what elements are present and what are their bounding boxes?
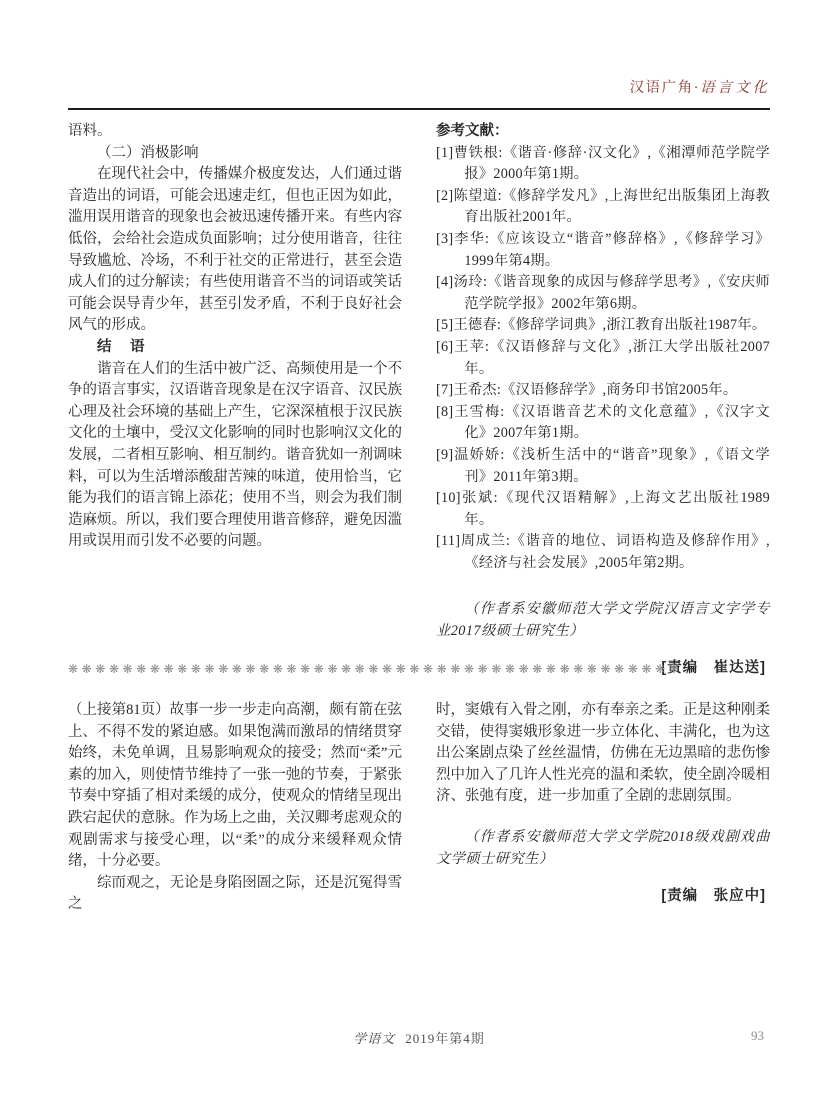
- header-rule: [68, 108, 770, 110]
- paragraph-negative-effects: 在现代社会中，传播媒介极度发达，人们通过谐音造出的词语，可能会迅速走红，但也正因…: [68, 164, 402, 337]
- paragraph-conclusion: 谐音在人们的生活中被广泛、高频使用是一个不争的语言事实，汉语谐音现象是在汉字语音…: [68, 359, 402, 553]
- ornamental-divider: ❋❋❋❋❋❋❋❋❋❋❋❋❋❋❋❋❋❋❋❋❋❋❋❋❋❋❋❋❋❋❋❋❋❋❋❋❋❋❋❋…: [68, 662, 770, 676]
- paragraph-summary-start: 综而观之，无论是身陷囹圄之际，还是沉冤得雪之: [68, 873, 402, 916]
- bottom-article: （上接第81页）故事一步一步走向高潮，颇有箭在弦上、不得不发的紧迫感。如果饱满而…: [68, 700, 770, 1000]
- paragraph-summary-end: 时，窦娥有入骨之刚，亦有奉亲之柔。正是这种刚柔交错，使得窦娥形象进一步立体化、丰…: [436, 700, 770, 808]
- footer-issue: 2019年第4期: [405, 1031, 485, 1046]
- reference-item: [9]温娇娇:《浅析生活中的“谐音”现象》,《语文学刊》2011年第3期。: [436, 445, 770, 488]
- bottom-right-column: 时，窦娥有入骨之刚，亦有奉亲之柔。正是这种刚柔交错，使得窦娥形象进一步立体化、丰…: [436, 700, 770, 1000]
- reference-item: [7]王希杰:《汉语修辞学》,商务印书馆2005年。: [436, 380, 770, 402]
- top-right-column: 参考文献： [1]曹铁根:《谐音·修辞·汉文化》,《湘潭师范学院学报》2000年…: [436, 121, 770, 641]
- references-title: 参考文献：: [436, 121, 770, 143]
- journal-page: 汉语广角·语言文化 语料。 （二）消极影响 在现代社会中，传播媒介极度发达，人们…: [0, 0, 816, 1099]
- header-subsection-name: 语言文化: [700, 80, 770, 96]
- reference-item: [5]王德春:《修辞学词典》,浙江教育出版社1987年。: [436, 315, 770, 337]
- top-article: 语料。 （二）消极影响 在现代社会中，传播媒介极度发达，人们通过谐音造出的词语，…: [68, 121, 770, 641]
- footer-journal-name: 学语文: [353, 1031, 395, 1046]
- reference-item: [6]王苹:《汉语修辞与文化》,浙江大学出版社2007年。: [436, 337, 770, 380]
- editor-note-bottom: [责编 张应中]: [436, 884, 770, 905]
- author-note-bottom: （作者系安徽师范大学文学院2018级戏剧戏曲文学硕士研究生）: [436, 826, 770, 870]
- top-left-column: 语料。 （二）消极影响 在现代社会中，传播媒介极度发达，人们通过谐音造出的词语，…: [68, 121, 402, 641]
- reference-item: [2]陈望道:《修辞学发凡》,上海世纪出版集团上海教育出版社2001年。: [436, 186, 770, 229]
- paragraph-continued-from-p81: （上接第81页）故事一步一步走向高潮，颇有箭在弦上、不得不发的紧迫感。如果饱满而…: [68, 700, 402, 873]
- footer-journal-issue: 学语文2019年第4期: [68, 1028, 770, 1047]
- footer-page-number: 93: [751, 1028, 764, 1044]
- header-section-name: 汉语广角: [630, 80, 694, 96]
- reference-item: [4]汤玲:《谐音现象的成因与修辞学思考》,《安庆师范学院学报》2002年第6期…: [436, 272, 770, 315]
- conclusion-heading: 结 语: [68, 337, 402, 359]
- page-footer: 学语文2019年第4期 93: [68, 1028, 770, 1048]
- author-note-top: （作者系安徽师范大学文学院汉语言文字学专业2017级硕士研究生）: [436, 598, 770, 642]
- reference-item: [10]张斌:《现代汉语精解》,上海文艺出版社1989年。: [436, 488, 770, 531]
- reference-item: [8]王雪梅:《汉语谐音艺术的文化意蕴》,《汉字文化》2007年第1期。: [436, 402, 770, 445]
- continuation-line: 语料。: [68, 121, 402, 143]
- bottom-left-column: （上接第81页）故事一步一步走向高潮，颇有箭在弦上、不得不发的紧迫感。如果饱满而…: [68, 700, 402, 1000]
- reference-item: [11]周成兰:《谐音的地位、词语构造及修辞作用》,《经济与社会发展》,2005…: [436, 531, 770, 574]
- subheading-negative-effects: （二）消极影响: [68, 143, 402, 165]
- page-header-section-title: 汉语广角·语言文化: [630, 76, 770, 97]
- reference-item: [1]曹铁根:《谐音·修辞·汉文化》,《湘潭师范学院学报》2000年第1期。: [436, 143, 770, 186]
- reference-item: [3]李华:《应该设立“谐音”修辞格》,《修辞学习》1999年第4期。: [436, 229, 770, 272]
